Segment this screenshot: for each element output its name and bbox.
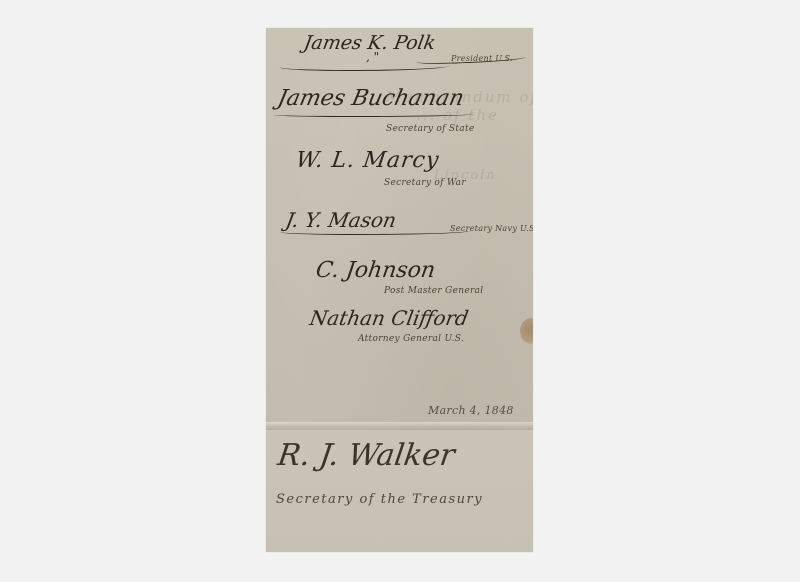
signature-title: President U.S. [451, 54, 513, 63]
signature-title: Post Master General [384, 286, 483, 296]
signature-title: Secretary Navy U.S. [450, 224, 533, 233]
signature-name: C. Johnson [314, 258, 437, 283]
signature-title: Secretary of State [386, 124, 475, 134]
paper-seam [266, 422, 533, 430]
signature-name: R. J. Walker [276, 438, 457, 473]
signature-title: Attorney General U.S. [358, 334, 464, 344]
ink-stain [520, 318, 533, 344]
signature-title: Secretary of War [384, 178, 466, 188]
document-date: March 4, 1848 [428, 404, 514, 417]
signature-name: W. L. Marcy [294, 148, 441, 173]
signature-name: James Buchanan [275, 86, 466, 111]
signature-flourish [280, 228, 470, 235]
lower-sheet: R. J. Walker Secretary of the Treasury [266, 430, 533, 552]
signature-title: Secretary of the Treasury [276, 492, 483, 507]
signature-document: Memorandum of the ... of the Lincoln Jam… [266, 28, 533, 552]
signature-name: Nathan Clifford [308, 306, 470, 330]
